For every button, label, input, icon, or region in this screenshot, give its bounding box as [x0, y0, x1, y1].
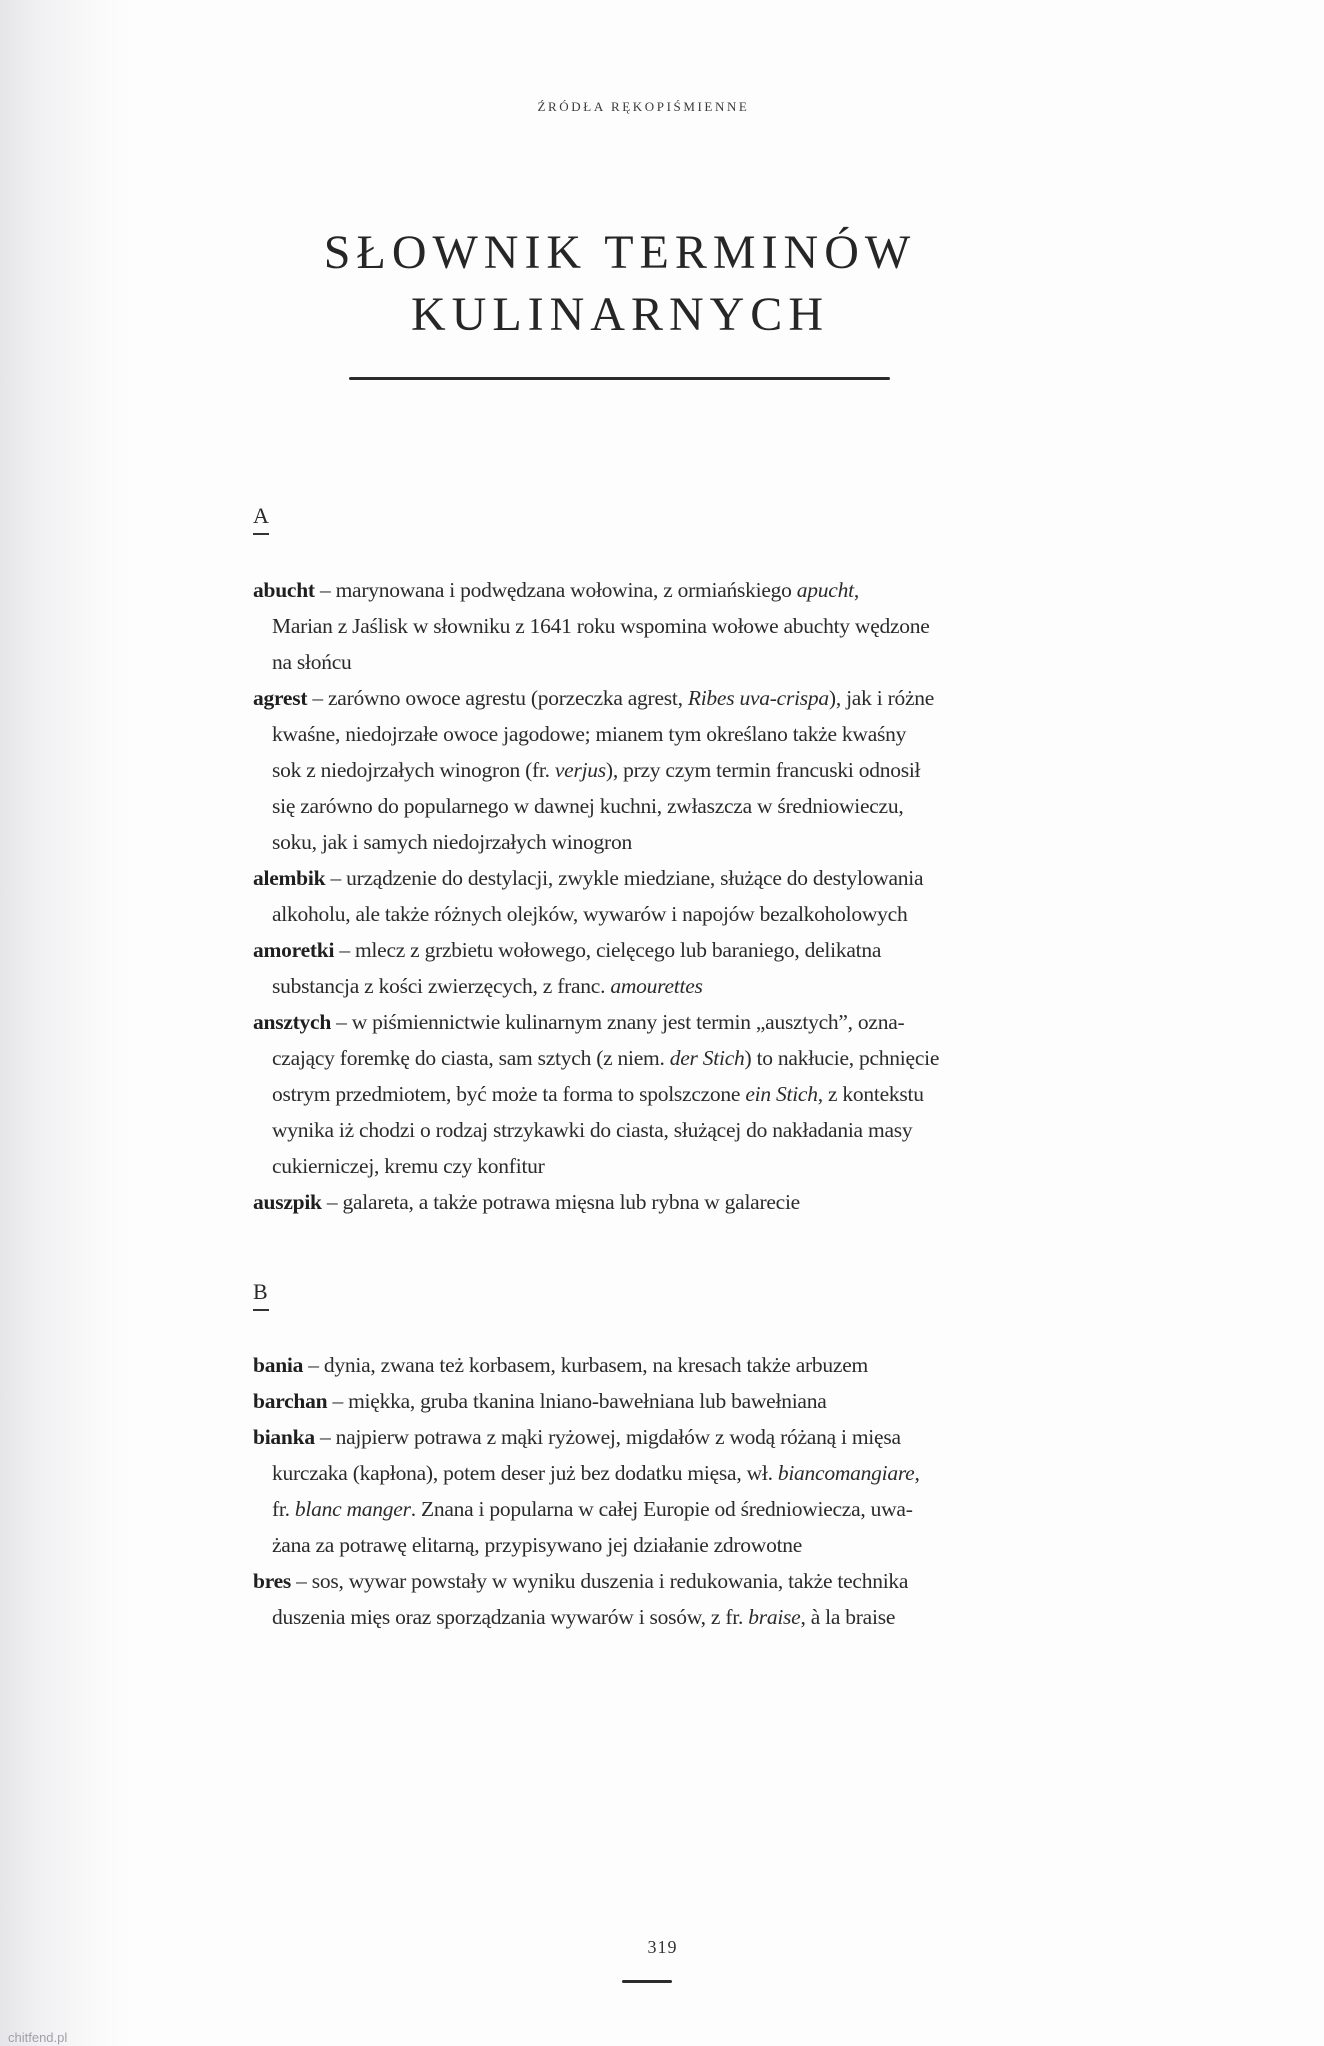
entry-definition-text: – mlecz z grzbietu wołowego, cielęcego l… [334, 938, 881, 962]
glossary-entry-continuation: ostrym przedmiotem, być może ta forma to… [272, 1082, 924, 1106]
glossary-entry-continuation: duszenia mięs oraz sporządzania wywarów … [272, 1605, 895, 1629]
glossary-entry-continuation: wynika iż chodzi o rodzaj strzykawki do … [272, 1118, 912, 1142]
glossary-entry-continuation: substancja z kości zwierzęcych, z franc.… [272, 974, 703, 998]
entry-definition-text: . Znana i popularna w całej Europie od ś… [411, 1497, 913, 1521]
entry-definition-text: alkoholu, ale także różnych olejków, wyw… [272, 902, 907, 926]
entry-foreign-term: braise [748, 1605, 800, 1629]
entry-foreign-term: apucht [797, 578, 854, 602]
entry-definition-text: – marynowana i podwędzana wołowina, z or… [315, 578, 797, 602]
glossary-entry-bres: bres – sos, wywar powstały w wyniku dusz… [253, 1569, 908, 1593]
glossary-entry-continuation: na słońcu [272, 650, 352, 674]
entry-definition-text: – sos, wywar powstały w wyniku duszenia … [291, 1569, 908, 1593]
section-letter-b: B [253, 1279, 269, 1311]
glossary-entry-ansztych: ansztych – w piśmiennictwie kulinarnym z… [253, 1010, 904, 1034]
entry-term: amoretki [253, 938, 334, 962]
glossary-entry-continuation: Marian z Jaślisk w słowniku z 1641 roku … [272, 614, 930, 638]
glossary-entry-barchan: barchan – miękka, gruba tkanina lniano-b… [253, 1389, 827, 1413]
entry-definition-text: , [914, 1461, 919, 1485]
glossary-entry-continuation: się zarówno do popularnego w dawnej kuch… [272, 794, 903, 818]
section-letter-text: A [253, 503, 269, 528]
entry-term: bres [253, 1569, 291, 1593]
glossary-entry-continuation: kurczaka (kapłona), potem deser już bez … [272, 1461, 920, 1485]
glossary-entry-alembik: alembik – urządzenie do destylacji, zwyk… [253, 866, 923, 890]
entry-term: ansztych [253, 1010, 331, 1034]
glossary-entry-continuation: kwaśne, niedojrzałe owoce jagodowe; mian… [272, 722, 906, 746]
entry-definition-text: – zarówno owoce agrestu (porzeczka agres… [307, 686, 688, 710]
section-letter-text: B [253, 1279, 268, 1304]
entry-definition-text: duszenia mięs oraz sporządzania wywarów … [272, 1605, 748, 1629]
entry-definition-text: z kontekstu [823, 1082, 924, 1106]
entry-definition-text: – miękka, gruba tkanina lniano-bawełnian… [327, 1389, 826, 1413]
title-line-2: KULINARNYCH [411, 288, 829, 341]
entry-definition-text: substancja z kości zwierzęcych, z franc. [272, 974, 610, 998]
entry-term: abucht [253, 578, 315, 602]
page-number-rule [622, 1980, 672, 1983]
glossary-entry-bania: bania – dynia, zwana też korbasem, kurba… [253, 1353, 868, 1377]
entry-definition-text: wynika iż chodzi o rodzaj strzykawki do … [272, 1118, 912, 1142]
entry-definition-text: ) to nakłucie, pchnięcie [745, 1046, 940, 1070]
entry-definition-text: czający foremkę do ciasta, sam sztych (z… [272, 1046, 670, 1070]
entry-definition-text: sok z niedojrzałych winogron (fr. [272, 758, 555, 782]
entry-definition-text: ostrym przedmiotem, być może ta forma to… [272, 1082, 745, 1106]
glossary-entry-continuation: czający foremkę do ciasta, sam sztych (z… [272, 1046, 939, 1070]
entry-term: alembik [253, 866, 325, 890]
entry-definition-text: kurczaka (kapłona), potem deser już bez … [272, 1461, 778, 1485]
entry-definition-text: , [854, 578, 859, 602]
glossary-entry-continuation: alkoholu, ale także różnych olejków, wyw… [272, 902, 907, 926]
section-letter-underline [253, 1309, 269, 1311]
entry-term: agrest [253, 686, 307, 710]
glossary-entry-continuation: sok z niedojrzałych winogron (fr. verjus… [272, 758, 920, 782]
entry-definition-text: Marian z Jaślisk w słowniku z 1641 roku … [272, 614, 930, 638]
entry-definition-text: kwaśne, niedojrzałe owoce jagodowe; mian… [272, 722, 906, 746]
entry-foreign-term: amourettes [610, 974, 702, 998]
glossary-entry-continuation: soku, jak i samych niedojrzałych winogro… [272, 830, 632, 854]
entry-definition-text: ), jak i różne [829, 686, 934, 710]
glossary-entry-amoretki: amoretki – mlecz z grzbietu wołowego, ci… [253, 938, 881, 962]
entry-foreign-term: ein Stich, [745, 1082, 823, 1106]
glossary-entry-continuation: żana za potrawę elitarną, przypisywano j… [272, 1533, 802, 1557]
entry-definition-text: fr. [272, 1497, 295, 1521]
entry-definition-text: – galareta, a także potrawa mięsna lub r… [322, 1190, 800, 1214]
entry-definition-text: , à la braise [800, 1605, 895, 1629]
section-letter-a: A [253, 503, 269, 535]
title-line-1: SŁOWNIK TERMINÓW [324, 226, 916, 279]
entry-definition-text: – w piśmiennictwie kulinarnym znany jest… [331, 1010, 904, 1034]
entry-definition-text: żana za potrawę elitarną, przypisywano j… [272, 1533, 802, 1557]
glossary-entry-agrest: agrest – zarówno owoce agrestu (porzeczk… [253, 686, 934, 710]
glossary-entry-abucht: abucht – marynowana i podwędzana wołowin… [253, 578, 859, 602]
entry-term: bianka [253, 1425, 315, 1449]
entry-definition-text: na słońcu [272, 650, 352, 674]
entry-definition-text: soku, jak i samych niedojrzałych winogro… [272, 830, 632, 854]
entry-definition-text: się zarówno do popularnego w dawnej kuch… [272, 794, 903, 818]
title-rule [349, 377, 890, 380]
entry-term: barchan [253, 1389, 327, 1413]
page-number: 319 [0, 1937, 1324, 1958]
entry-definition-text: cukierniczej, kremu czy konfitur [272, 1154, 545, 1178]
entry-definition-text: – urządzenie do destylacji, zwykle miedz… [325, 866, 923, 890]
watermark: chitfend.pl [8, 2030, 67, 2045]
entry-term: bania [253, 1353, 303, 1377]
entry-foreign-term: der Stich [670, 1046, 745, 1070]
running-header: ŹRÓDŁA RĘKOPIŚMIENNE [0, 99, 1287, 115]
glossary-entry-continuation: fr. blanc manger. Znana i popularna w ca… [272, 1497, 913, 1521]
entry-foreign-term: verjus [555, 758, 606, 782]
entry-foreign-term: biancomangiare [778, 1461, 915, 1485]
entry-definition-text: – najpierw potrawa z mąki ryżowej, migda… [315, 1425, 901, 1449]
section-letter-underline [253, 533, 269, 535]
glossary-entry-continuation: cukierniczej, kremu czy konfitur [272, 1154, 545, 1178]
page-title: SŁOWNIK TERMINÓW KULINARNYCH [0, 222, 1240, 346]
glossary-entry-auszpik: auszpik – galareta, a także potrawa mięs… [253, 1190, 800, 1214]
entry-definition-text: – dynia, zwana też korbasem, kurbasem, n… [303, 1353, 868, 1377]
glossary-entry-bianka: bianka – najpierw potrawa z mąki ryżowej… [253, 1425, 901, 1449]
entry-definition-text: ), przy czym termin francuski odnosił [606, 758, 920, 782]
entry-term: auszpik [253, 1190, 322, 1214]
entry-foreign-term: blanc manger [295, 1497, 411, 1521]
entry-foreign-term: Ribes uva-crispa [688, 686, 829, 710]
